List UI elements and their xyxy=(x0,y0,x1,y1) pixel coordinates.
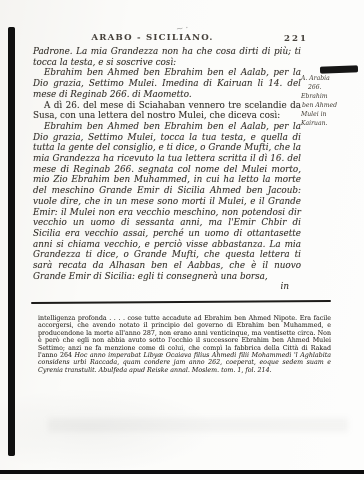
margin-note-line: Ebrahim xyxy=(301,92,359,101)
footnote-separator-rule xyxy=(31,300,331,304)
scan-edge-bottom-bar xyxy=(0,470,364,474)
running-title: ARABO - SICILIANO. xyxy=(0,33,305,43)
margin-note-line: A. Arabia xyxy=(301,74,359,83)
scanned-book-page: ~· ARABO - SICILIANO. 221 Padrone. La mi… xyxy=(0,0,364,480)
paragraph-letter: Ebrahim ben Ahmed ben Ebrahim ben el Aal… xyxy=(33,122,301,283)
inked-out-mark xyxy=(320,65,358,73)
footnote-block: intelligenza profonda . . . . cose tutte… xyxy=(38,315,331,374)
main-text-block: Padrone. La mia Grandezza non ha che cos… xyxy=(33,47,301,293)
margin-note-line: Kairuan. xyxy=(301,119,359,128)
margin-note: A. Arabia 266. Ebrahim ben Ahmed Mulei i… xyxy=(301,74,359,129)
margin-note-line: 266. xyxy=(301,83,359,92)
footnote-latin-citation: Hoc anno imperabat Libyæ Ocaiava filius … xyxy=(38,352,331,374)
paragraph-continuation: Padrone. La mia Grandezza non ha che cos… xyxy=(33,47,301,68)
scan-smudge xyxy=(48,418,348,432)
catchword: in xyxy=(33,282,301,293)
paragraph-signature: Ebrahim ben Ahmed ben Ebrahim ben el Aal… xyxy=(33,68,301,100)
page-number: 221 xyxy=(284,34,324,44)
margin-note-line: Mulei in xyxy=(301,110,359,119)
scan-edge-left-bar xyxy=(8,27,15,456)
paragraph-narrative: A dì 26. del mese di Sciahaban vennero t… xyxy=(33,101,301,122)
margin-note-line: ben Ahmed xyxy=(301,101,359,110)
